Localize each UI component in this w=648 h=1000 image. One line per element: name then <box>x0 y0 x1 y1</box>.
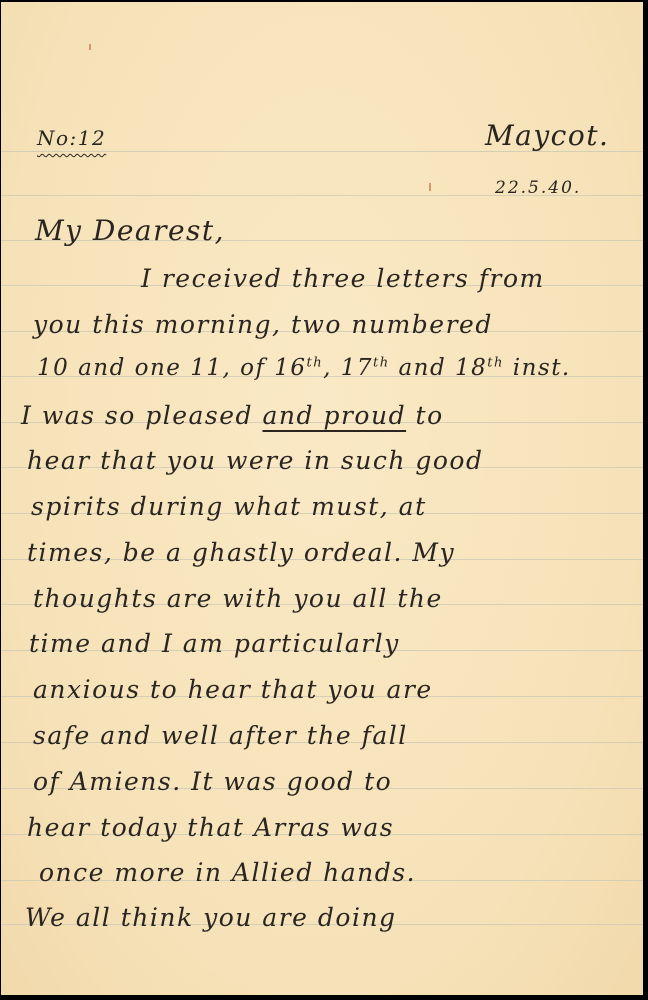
body-line-6: spirits during what must, at <box>31 492 427 521</box>
body-line-14: once more in Allied hands. <box>39 858 416 887</box>
line3-text-d: inst. <box>504 355 571 381</box>
ordinal-suffix: th <box>373 355 390 370</box>
underlined-phrase: and proud <box>263 401 407 430</box>
letter-page: No:12 Maycot. 22.5.40. My Dearest, I rec… <box>1 2 643 995</box>
line3-text-a: 10 and one 11, of 16 <box>37 355 307 381</box>
body-line-8: thoughts are with you all the <box>33 584 443 613</box>
paper-fleck <box>89 44 91 50</box>
body-line-1: I received three letters from <box>141 264 545 293</box>
body-line-12: of Amiens. It was good to <box>33 767 392 796</box>
body-line-2: you this morning, two numbered <box>33 310 493 339</box>
body-line-5: hear that you were in such good <box>27 446 484 475</box>
body-line-9: time and I am particularly <box>29 629 400 658</box>
ordinal-suffix: th <box>487 355 504 370</box>
letter-number: No:12 <box>37 126 106 150</box>
letter-date: 22.5.40. <box>495 178 581 198</box>
body-line-11: safe and well after the fall <box>33 721 408 750</box>
body-line-15: We all think you are doing <box>25 903 397 932</box>
ordinal-suffix: th <box>307 355 324 370</box>
line4-text-b: to <box>406 401 444 430</box>
body-line-10: anxious to hear that you are <box>33 675 433 704</box>
body-line-7: times, be a ghastly ordeal. My <box>27 538 455 567</box>
body-line-13: hear today that Arras was <box>27 813 394 842</box>
body-line-4: I was so pleased and proud to <box>21 401 444 430</box>
line4-text-a: I was so pleased <box>21 401 263 430</box>
body-line-3: 10 and one 11, of 16th, 17th and 18th in… <box>37 355 571 381</box>
line3-text-b: , 17 <box>323 355 373 381</box>
line3-text-c: and 18 <box>390 355 488 381</box>
paper-fleck <box>429 183 431 191</box>
salutation: My Dearest, <box>35 214 225 247</box>
sender-place: Maycot. <box>485 119 609 152</box>
